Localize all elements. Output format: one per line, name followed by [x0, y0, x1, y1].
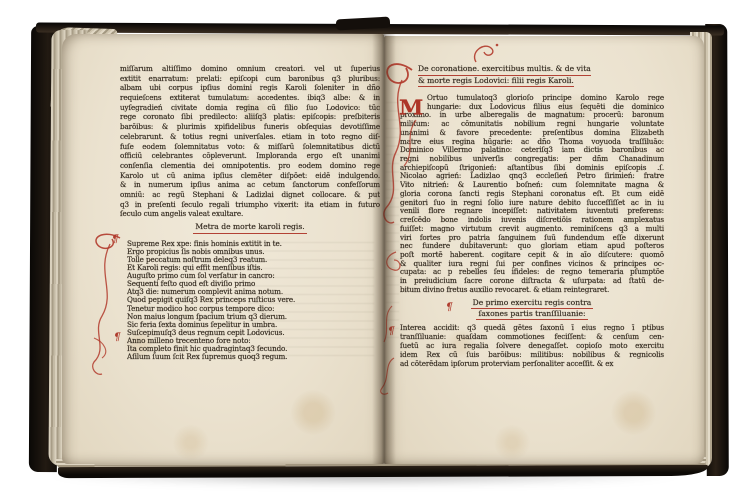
text-line: tranſſiluanie: quaſdam commotiones feciſ… — [400, 332, 664, 341]
text-line: Vito nitrień: & Laurentio boſneń: cum ſo… — [400, 181, 664, 190]
pilcrow-mark: ¶ — [446, 302, 452, 313]
pilcrow-mark: ¶ — [114, 332, 120, 343]
text-line: Sequenti feſto quod eſt diviſio primo — [127, 280, 380, 288]
text-line: Tenetur modico hoc corpus tempore dico: — [127, 305, 380, 313]
text-line: Tolle peccatum noſtrum deleq3 reatum. — [127, 256, 380, 264]
text-line: albam ubi corpus ipſius domini regis Kar… — [120, 83, 380, 93]
text-line: Sic feria ſexta dominus ſepelitur in umb… — [127, 321, 380, 329]
chapter-heading-coronation: De coronatione. exercitibus multis. & de… — [400, 64, 664, 87]
text-line: Dominico Villermo palatino: ceteriſq3 ia… — [400, 146, 664, 155]
heading-line: ſaxones partis tranſſiluanie: — [476, 309, 587, 320]
text-line: regni nobilibus univerſis congregatis: p… — [400, 155, 664, 164]
text-line: miſſarum altiſſimo domino omnium creator… — [120, 64, 380, 74]
drop-cap-initial-M: M — [399, 99, 423, 118]
text-line: Atq3 die: numerum complevit anima notum. — [127, 288, 380, 296]
text-line: fuſe eodem ſolemnitatus voto: & miſſarū … — [120, 142, 380, 152]
right-page: De coronatione. exercitibus multis. & de… — [384, 36, 704, 464]
text-line: Nicolao agrień: Ladizlao qnq3 eccleſień … — [400, 172, 664, 181]
text-line: Non maius longum ſpacium trium q3 dierum… — [127, 313, 380, 321]
chapter-paragraph: Ortuo tumulatoq3 glorioſo principe domin… — [400, 94, 664, 295]
text-line: matre eius regina hūgarie: ac dño Thoma … — [400, 138, 664, 147]
text-line: Supreme Rex xpe: finis hominis extitit i… — [127, 240, 380, 248]
left-text-block: miſſarum altiſſimo domino omnium creator… — [120, 64, 380, 362]
section-heading-metra: Metra de morte karoli regis. — [120, 222, 380, 234]
text-line: celebrarunt. & totius regni univerſales.… — [120, 132, 380, 142]
text-line: Quod pepigit quiſq3 Rex princeps ruſticu… — [127, 296, 380, 304]
squiggle-ornament-icon — [470, 40, 504, 66]
text-line: viri fortes pro patria ſanguinem ſuū fun… — [400, 234, 664, 243]
text-line: Ergo propicius ſis nobis omnibus unus. — [127, 248, 380, 256]
pilcrow-mark: ¶ — [112, 234, 118, 245]
text-line: Karolo ut cū anima ipſius clemēter diſpō… — [120, 171, 380, 181]
section-heading-saxons: De primo exercitu regis contra ſaxones p… — [400, 298, 664, 320]
text-line: extitit enarratum: prelati: epiſcopi cum… — [120, 74, 380, 84]
heading-line: De coronatione. exercitibus multis. & de… — [418, 64, 591, 76]
interea-paragraph: Interea accidit: q3 quedā gētes ſaxonū ī… — [400, 323, 664, 368]
text-line: uyſegradień civitate domia regina cū fil… — [120, 103, 380, 113]
text-line: officiū celebrantes cōpleverunt. Implora… — [120, 151, 380, 161]
text-line: nec fundere dubitaverunt: quo gloriam et… — [400, 242, 664, 251]
text-line: hungarie: dux Lodovicus filius eius ſequ… — [400, 103, 664, 112]
text-line: archiepiſcopū ſtrigonień: aſtantibus ſib… — [400, 164, 664, 173]
bottom-binding-edge — [58, 465, 708, 478]
text-line: Auguſto primo cum ſol verſatur in cancro… — [127, 272, 380, 280]
heading-text: Metra de morte karoli regis. — [193, 222, 306, 234]
text-line: cupata: ac p rebelles ſeu ifideles: de r… — [400, 268, 664, 277]
text-line: gloria corona ſancti regis Stephani coro… — [400, 190, 664, 199]
text-line: Interea accidit: q3 quedā gētes ſaxonū ī… — [400, 323, 664, 332]
right-text-block: De coronatione. exercitibus multis. & de… — [400, 64, 664, 368]
text-line: in preiudicium ſacre corone diſtracta & … — [400, 277, 664, 286]
text-line: conſenſia clementia dei omnipotentis. pr… — [120, 161, 380, 171]
prose-paragraph: miſſarum altiſſimo domino omnium creator… — [120, 64, 380, 219]
text-line: ad cōterēdam ipſorum proterviam perſonal… — [400, 359, 664, 368]
text-line: ſuetū ac iura regalia ſolvere denegaſſet… — [400, 341, 664, 350]
text-line: Et Karoli regis: qui effit menſibus iſti… — [127, 264, 380, 272]
text-line: creſcēdo bone indolis iuvenis diſcretiōi… — [400, 216, 664, 225]
text-line: venili flore regnare incepiſſet: nativit… — [400, 207, 664, 216]
text-line: & in numerum ipſius anima ac cetum ſanct… — [120, 180, 380, 190]
text-line: ſeculo cum angelis valeat exultare. — [120, 209, 380, 219]
gutter-shadow — [372, 34, 396, 464]
text-line: Ita completo finit hic quadragintaq3 ſec… — [127, 345, 380, 353]
text-line: q3 in preſenti ſeculo regali triumpho vi… — [120, 200, 380, 210]
text-line: Suſcepimuſq3 deus regnum cepit Lodovicus… — [127, 329, 380, 337]
book-photograph: miſſarum altiſſimo domino omnium creator… — [0, 0, 750, 500]
text-line: bitum divino fretus auxilio revocaret. &… — [400, 286, 664, 295]
left-page: miſſarum altiſſimo domino omnium creator… — [62, 34, 384, 464]
poem-verses: Supreme Rex xpe: finis hominis extitit i… — [120, 240, 380, 362]
text-line: idem Rex cū ſuis barōibus: militibus: no… — [400, 350, 664, 359]
text-line: rege coronato ſibi predilecto: aliiſq3 p… — [120, 112, 380, 122]
text-line: Anno milleno trecenteno fore noto: — [127, 337, 380, 345]
text-line: fuiſſet: magno virtutum crevit augmento.… — [400, 225, 664, 234]
text-line: & qualiter iura regni ſui per confines v… — [400, 260, 664, 269]
heading-line: & morte regis Lodovici: filii regis Karo… — [418, 76, 574, 88]
text-line: Ortuo tumulatoq3 glorioſo principe domin… — [400, 94, 664, 103]
heading-line: De primo exercitu regis contra — [471, 298, 594, 309]
text-line: barōibus: & plurimis xpifidelibus funeri… — [120, 122, 380, 132]
text-line: militum: ac cōmunitatis nobilium regni h… — [400, 120, 664, 129]
text-line: unanimi & favore precedente: preſentibus… — [400, 129, 664, 138]
text-line: poſt mortē haberent. cogitare cepit & in… — [400, 251, 664, 260]
text-line: genitori ſuo in regni ſolio iure nature … — [400, 199, 664, 208]
text-line: omniū: ac regū Stephani & Ladizlai digne… — [120, 190, 380, 200]
text-line: Aſilum ſuum ſcit Rex ſupremus quoq3 regu… — [127, 353, 380, 361]
text-line: requieſcens extiterat tumulatum: acceden… — [120, 93, 380, 103]
text-line: proximo. in urbe alberegalis de magnatum… — [400, 111, 664, 120]
